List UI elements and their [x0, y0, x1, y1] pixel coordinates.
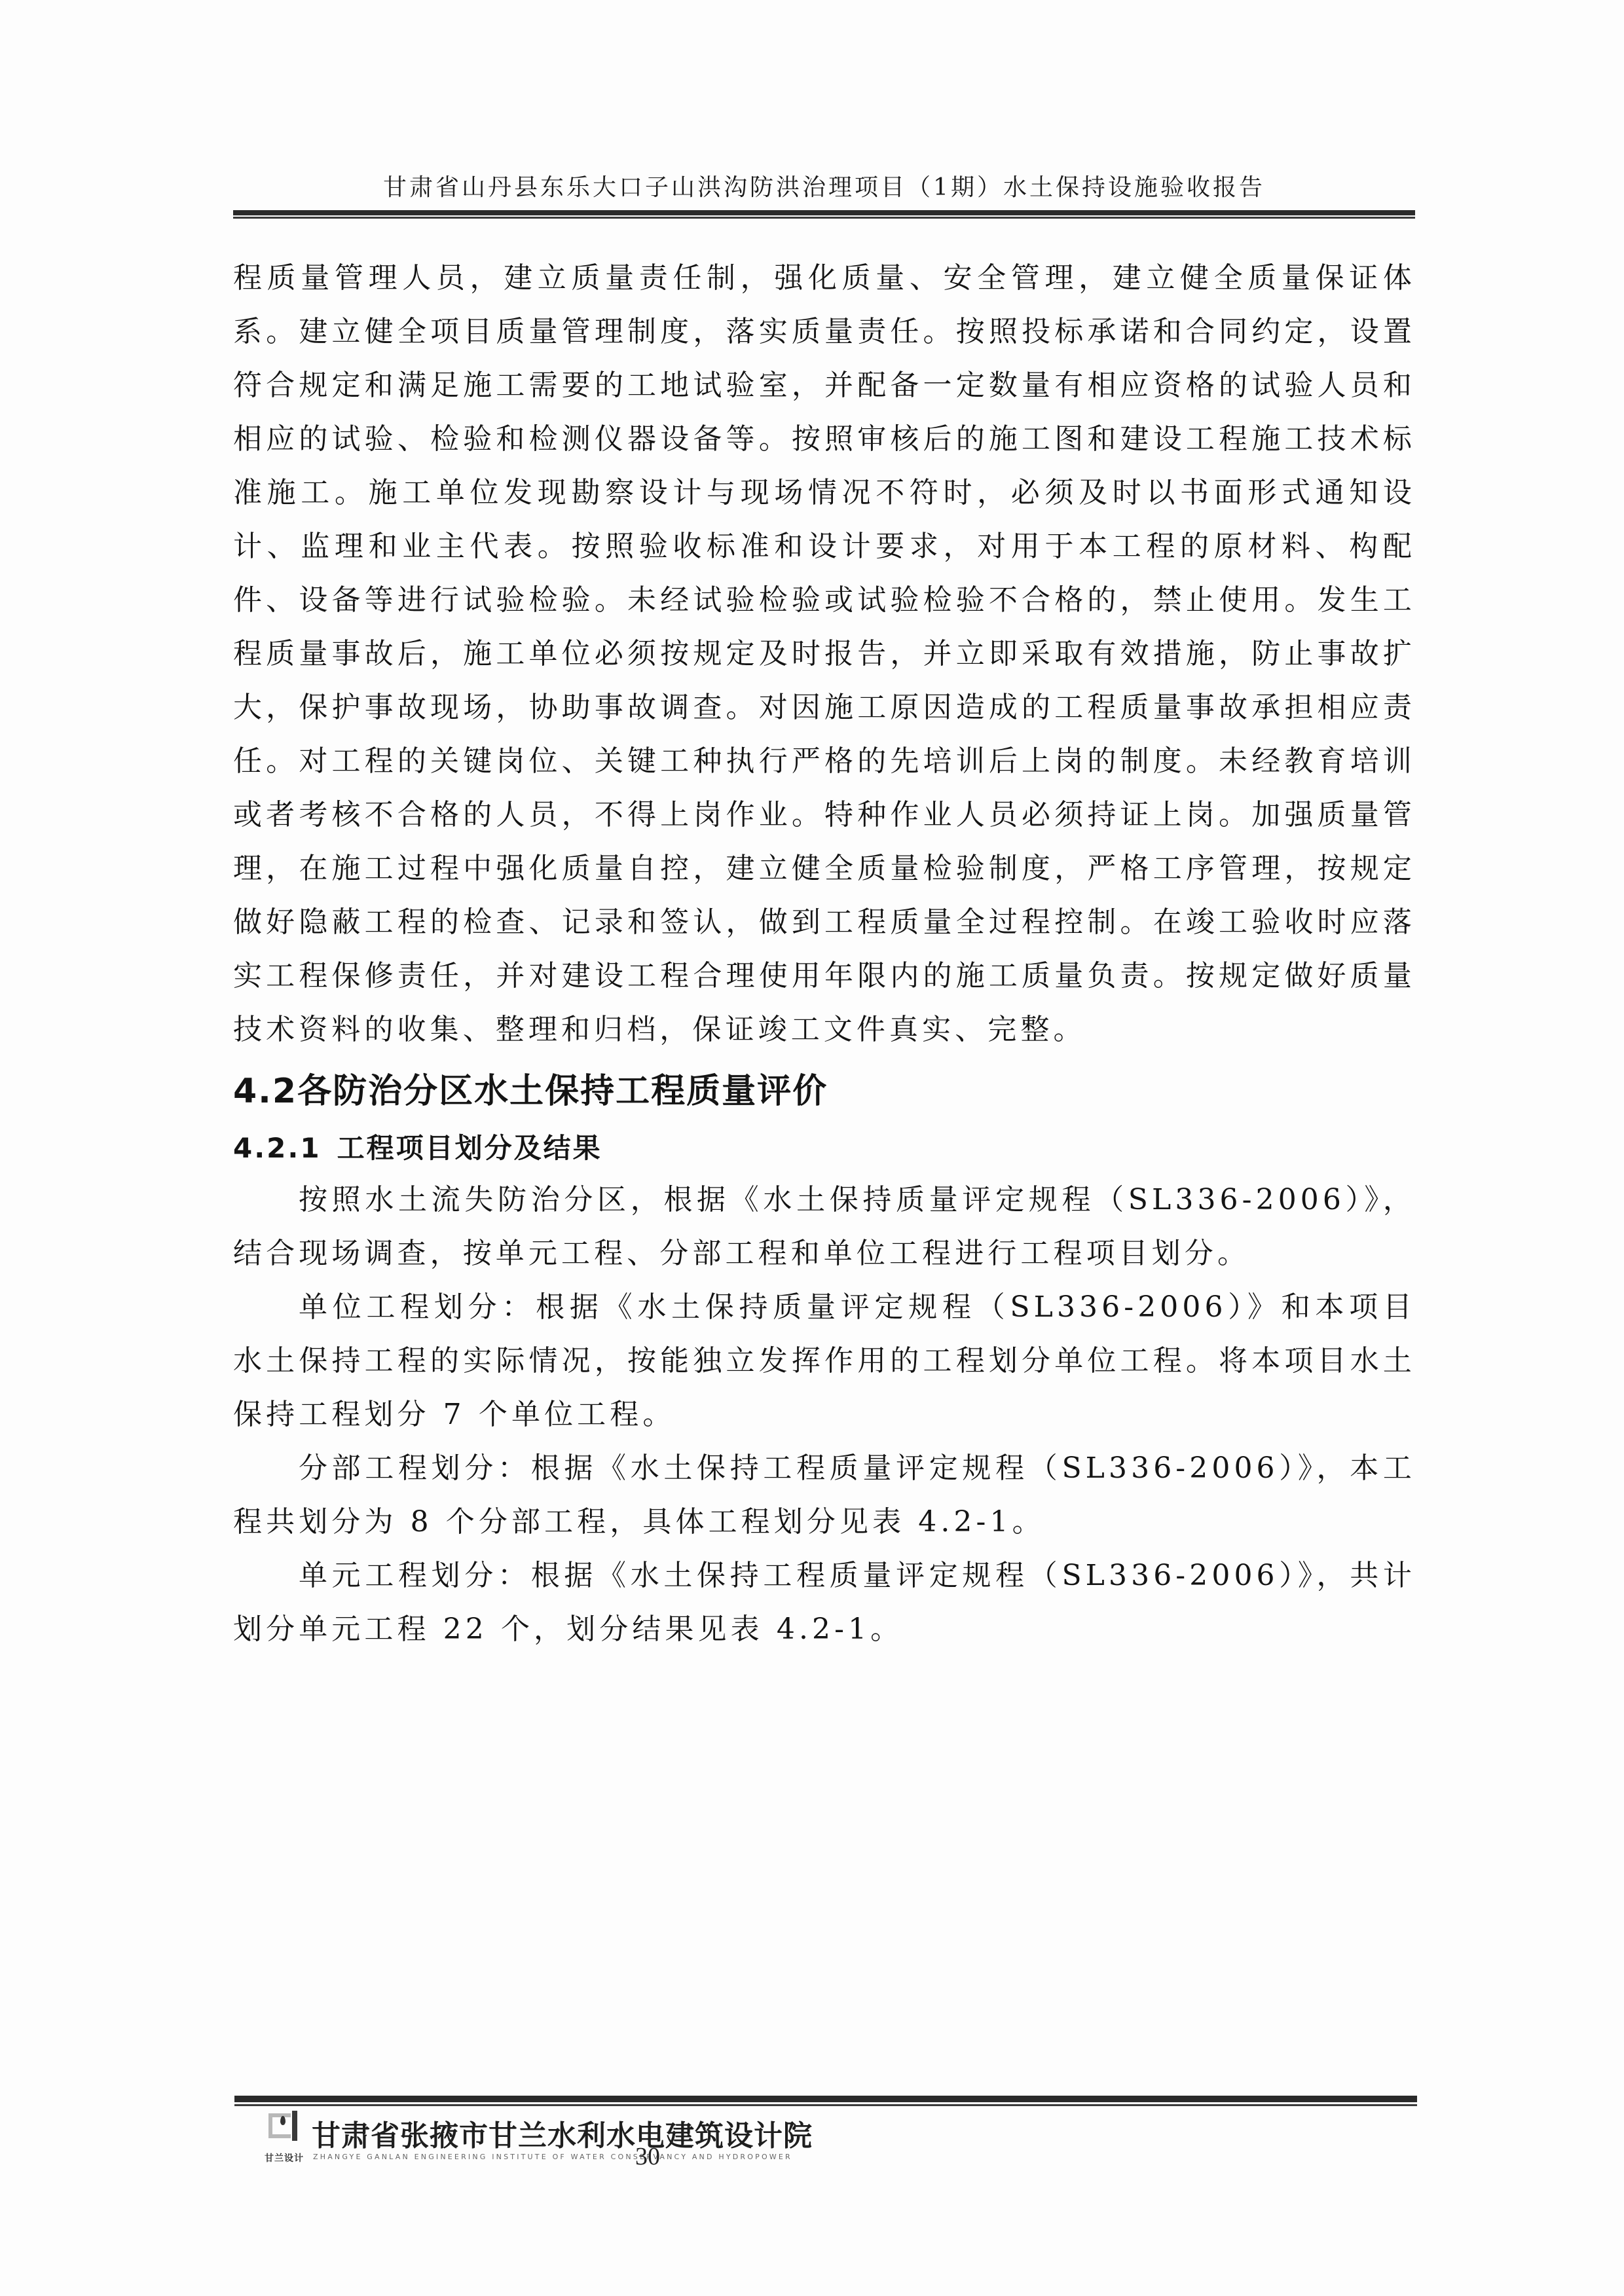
paragraph-element-project-division: 单元工程划分：根据《水土保持工程质量评定规程（SL336-2006）》，共计划分… — [233, 1549, 1416, 1656]
document-page: 甘肃省山丹县东乐大口子山洪沟防洪治理项目（1期）水土保持设施验收报告 程质量管理… — [0, 0, 1624, 2296]
header-rule-thick — [233, 210, 1415, 215]
running-header-title: 甘肃省山丹县东乐大口子山洪沟防洪治理项目（1期）水土保持设施验收报告 — [233, 172, 1415, 204]
page-footer: 甘兰设计 甘肃省张掖市甘兰水利水电建筑设计院 ZHANGYE GANLAN EN… — [234, 2109, 1416, 2168]
footer-rule-thick — [234, 2096, 1417, 2102]
header-rule-thin — [233, 217, 1415, 219]
subsection-heading: 4.2.1 工程项目划分及结果 — [233, 1123, 1416, 1173]
page-number: 30 — [635, 2142, 660, 2171]
institute-name: 甘肃省张掖市甘兰水利水电建筑设计院 — [312, 2112, 813, 2154]
paragraph-unit-project-division: 单位工程划分：根据《水土保持质量评定规程（SL336-2006）》和本项目水土保… — [233, 1281, 1416, 1442]
institute-logo-icon — [267, 2111, 301, 2143]
paragraph-quality-management: 程质量管理人员，建立质量责任制，强化质量、安全管理，建立健全质量保证体系。建立健… — [233, 251, 1416, 1057]
logo-caption: 甘兰设计 — [265, 2151, 304, 2164]
footer-rule-thin — [234, 2104, 1417, 2106]
section-heading: 4.2各防治分区水土保持工程质量评价 — [233, 1059, 1416, 1123]
section-number: 4.2 — [233, 1072, 297, 1111]
subsection-title: 工程项目划分及结果 — [337, 1132, 602, 1164]
subsection-number: 4.2.1 — [233, 1132, 322, 1164]
section-title: 各防治分区水土保持工程质量评价 — [297, 1072, 828, 1111]
page-content: 程质量管理人员，建立质量责任制，强化质量、安全管理，建立健全质量保证体系。建立健… — [233, 251, 1416, 1656]
paragraph-sub-project-division: 分部工程划分：根据《水土保持工程质量评定规程（SL336-2006）》，本工程共… — [233, 1442, 1416, 1549]
paragraph-division-basis: 按照水土流失防治分区，根据《水土保持质量评定规程（SL336-2006）》，结合… — [233, 1173, 1416, 1281]
institute-name-english: ZHANGYE GANLAN ENGINEERING INSTITUTE OF … — [313, 2153, 792, 2161]
